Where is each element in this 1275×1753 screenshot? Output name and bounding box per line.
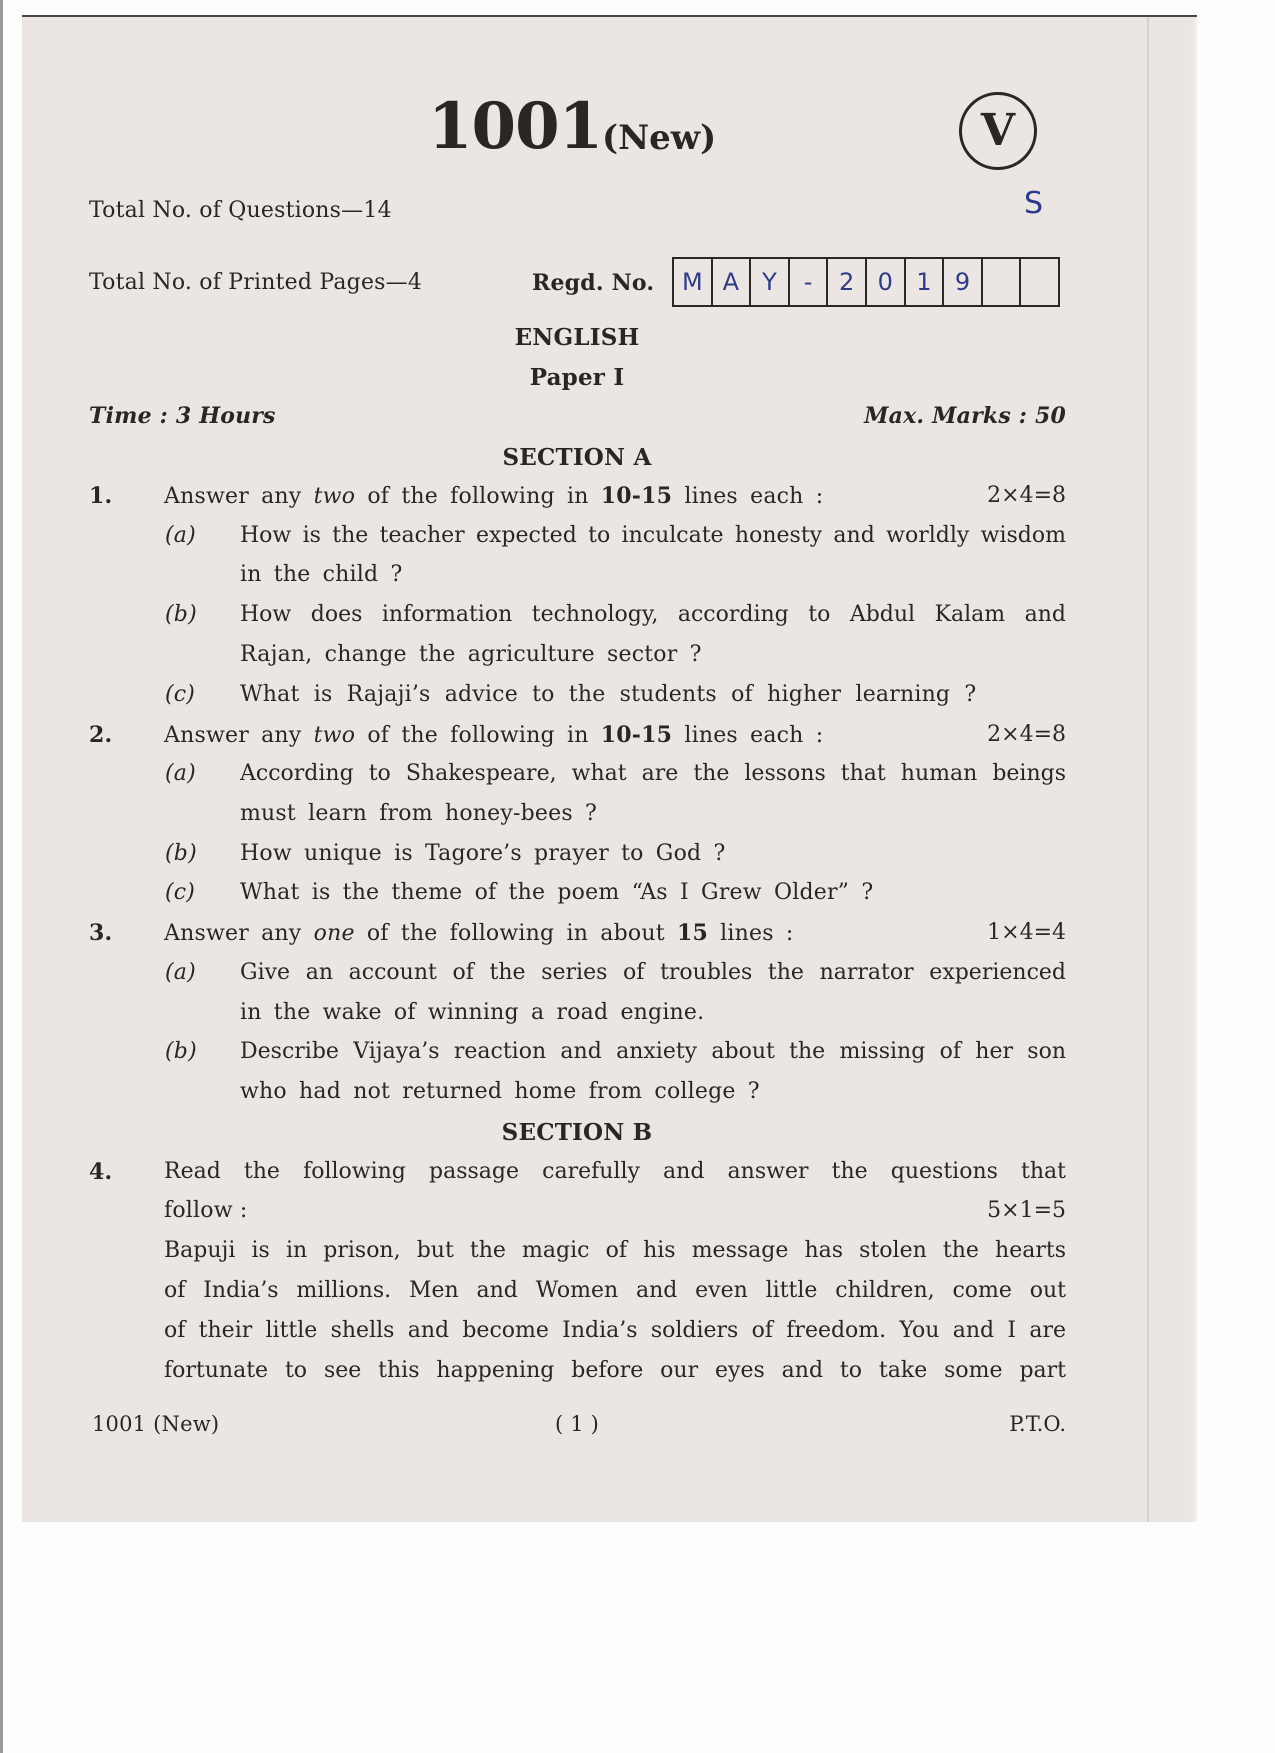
prompt-text: Answer any bbox=[164, 921, 314, 946]
part-text: What is the theme of the poem “As I Grew… bbox=[240, 882, 873, 904]
part-text: What is Rajaji’s advice to the students … bbox=[240, 684, 976, 706]
prompt-text: Answer any bbox=[164, 723, 314, 748]
regd-cell[interactable] bbox=[1021, 259, 1058, 305]
time-allowed: Time : 3 Hours bbox=[89, 405, 276, 427]
question-number: 3. bbox=[89, 922, 112, 944]
scanner-edge bbox=[0, 0, 3, 1753]
prompt-text: of the following in bbox=[355, 484, 601, 509]
prompt-emphasis: one bbox=[314, 921, 355, 946]
regd-cell[interactable]: 9 bbox=[944, 259, 983, 305]
part-text: How is the teacher expected to inculcate… bbox=[240, 525, 1066, 547]
part-text: Describe Vijaya’s reaction and anxiety a… bbox=[240, 1041, 1066, 1063]
part-label: (a) bbox=[165, 763, 196, 785]
regd-cell[interactable]: A bbox=[713, 259, 752, 305]
regd-cell[interactable]: 2 bbox=[828, 259, 867, 305]
prompt-text: of the following in about bbox=[355, 921, 677, 946]
passage-line: fortunate to see this happening before o… bbox=[164, 1360, 1066, 1382]
part-text: who had not returned home from college ? bbox=[240, 1081, 760, 1103]
question-prompt: Read the following passage carefully and… bbox=[164, 1161, 1066, 1183]
prompt-bold: 10-15 bbox=[601, 722, 672, 748]
subject-title: ENGLISH bbox=[22, 326, 1132, 349]
question-marks: 5×1=5 bbox=[987, 1200, 1066, 1222]
regd-cell[interactable] bbox=[983, 259, 1022, 305]
part-text: Rajan, change the agriculture sector ? bbox=[240, 644, 702, 666]
question-marks: 2×4=8 bbox=[987, 485, 1066, 507]
prompt-text: lines each : bbox=[672, 723, 823, 748]
version-circle-icon: V bbox=[959, 92, 1037, 170]
question-prompt: follow : bbox=[164, 1200, 248, 1222]
regd-cell[interactable]: 1 bbox=[906, 259, 945, 305]
prompt-emphasis: two bbox=[314, 723, 356, 748]
part-label: (a) bbox=[165, 525, 196, 547]
prompt-text: lines each : bbox=[672, 484, 823, 509]
total-pages: Total No. of Printed Pages—4 bbox=[89, 272, 422, 294]
regd-label: Regd. No. bbox=[532, 272, 654, 294]
prompt-bold: 15 bbox=[677, 920, 708, 946]
part-text: Give an account of the series of trouble… bbox=[240, 962, 1066, 984]
part-label: (b) bbox=[165, 604, 197, 626]
question-prompt: Answer any two of the following in 10-15… bbox=[164, 724, 823, 747]
part-text: must learn from honey-bees ? bbox=[240, 803, 597, 825]
prompt-emphasis: two bbox=[314, 484, 356, 509]
page-number: ( 1 ) bbox=[22, 1414, 1132, 1435]
part-text: in the wake of winning a road engine. bbox=[240, 1002, 704, 1024]
max-marks: Max. Marks : 50 bbox=[864, 405, 1066, 427]
regd-cell[interactable]: Y bbox=[751, 259, 790, 305]
prompt-text: of the following in bbox=[355, 723, 601, 748]
regd-cell[interactable]: - bbox=[790, 259, 829, 305]
part-text: How does information technology, accordi… bbox=[240, 604, 1066, 626]
paper-code: 1001 bbox=[428, 95, 602, 159]
part-text: According to Shakespeare, what are the l… bbox=[240, 763, 1066, 785]
part-text: in the child ? bbox=[240, 564, 402, 586]
passage-line: of India’s millions. Men and Women and e… bbox=[164, 1280, 1066, 1302]
part-label: (b) bbox=[165, 843, 197, 865]
question-marks: 2×4=8 bbox=[987, 724, 1066, 746]
version-mark: V bbox=[981, 109, 1015, 153]
part-label: (c) bbox=[165, 882, 195, 904]
paper-tag: (New) bbox=[602, 121, 716, 155]
total-questions: Total No. of Questions—14 bbox=[89, 200, 392, 222]
regd-number-grid: M A Y - 2 0 1 9 bbox=[672, 257, 1060, 307]
question-marks: 1×4=4 bbox=[987, 922, 1066, 944]
question-prompt: Answer any one of the following in about… bbox=[164, 922, 794, 945]
part-label: (a) bbox=[165, 962, 196, 984]
handwritten-mark: S bbox=[1024, 186, 1043, 221]
part-label: (b) bbox=[165, 1041, 197, 1063]
part-label: (c) bbox=[165, 684, 195, 706]
pto-label: P.T.O. bbox=[1009, 1414, 1066, 1435]
question-number: 2. bbox=[89, 724, 112, 746]
prompt-text: Answer any bbox=[164, 484, 314, 509]
passage-line: of their little shells and become India’… bbox=[164, 1320, 1066, 1342]
question-prompt: Answer any two of the following in 10-15… bbox=[164, 485, 823, 508]
prompt-text: lines : bbox=[708, 921, 794, 946]
paper-number: Paper I bbox=[22, 366, 1132, 389]
passage-line: Bapuji is in prison, but the magic of hi… bbox=[164, 1240, 1066, 1262]
question-number: 1. bbox=[89, 485, 112, 507]
prompt-bold: 10-15 bbox=[601, 483, 672, 509]
section-b-heading: SECTION B bbox=[22, 1121, 1132, 1144]
regd-cell[interactable]: 0 bbox=[867, 259, 906, 305]
part-text: How unique is Tagore’s prayer to God ? bbox=[240, 843, 725, 865]
regd-cell[interactable]: M bbox=[674, 259, 713, 305]
section-a-heading: SECTION A bbox=[22, 446, 1132, 469]
question-number: 4. bbox=[89, 1161, 112, 1183]
